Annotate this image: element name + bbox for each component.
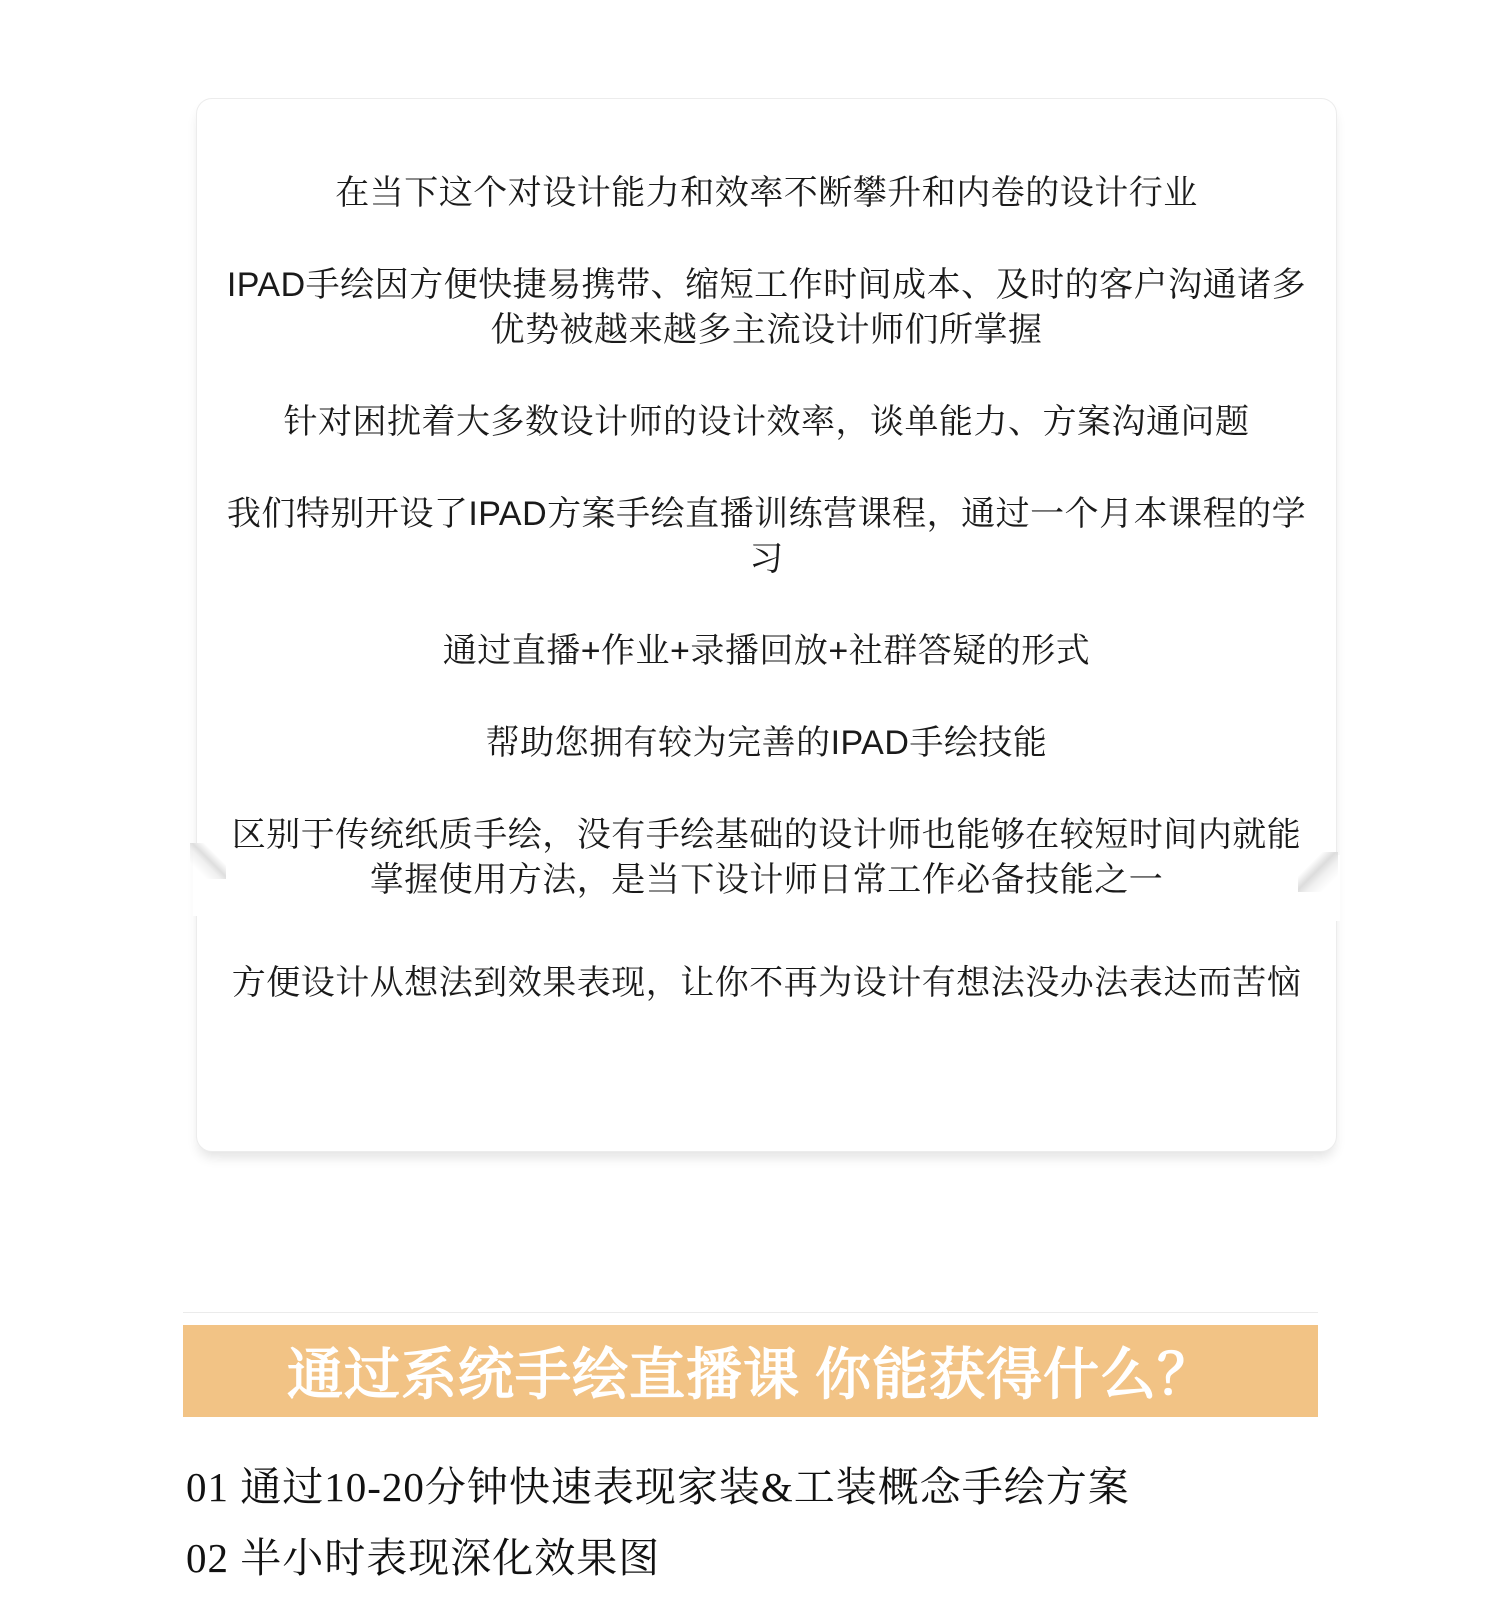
intro-paragraph: 通过直播+作业+录播回放+社群答疑的形式 [217, 629, 1316, 674]
page-fold-left-decoration [190, 843, 226, 879]
intro-paragraph: 方便设计从想法到效果表现，让你不再为设计有想法没办法表达而苦恼 [217, 961, 1316, 1006]
benefits-list: 01 通过10-20分钟快速表现家装&工装概念手绘方案 02 半小时表现深化效果… [186, 1452, 1386, 1594]
intro-paragraph: IPAD手绘因方便快捷易携带、缩短工作时间成本、及时的客户沟通诸多优势被越来越多… [217, 263, 1316, 353]
intro-paragraph: 我们特别开设了IPAD方案手绘直播训练营课程，通过一个月本课程的学习 [217, 492, 1316, 582]
page-root: 在当下这个对设计能力和效率不断攀升和内卷的设计行业 IPAD手绘因方便快捷易携带… [0, 0, 1492, 1600]
page-fold-right-decoration [1298, 852, 1338, 892]
section-divider-line [183, 1312, 1318, 1313]
benefit-item: 01 通过10-20分钟快速表现家装&工装概念手绘方案 [186, 1452, 1386, 1523]
section-banner: 通过系统手绘直播课 你能获得什么？ [183, 1325, 1318, 1417]
intro-paragraph: 针对困扰着大多数设计师的设计效率，谈单能力、方案沟通问题 [217, 400, 1316, 445]
intro-paragraph: 帮助您拥有较为完善的IPAD手绘技能 [217, 721, 1316, 766]
intro-paragraph: 在当下这个对设计能力和效率不断攀升和内卷的设计行业 [217, 171, 1316, 216]
benefit-item: 02 半小时表现深化效果图 [186, 1523, 1386, 1594]
intro-paragraph: 区别于传统纸质手绘，没有手绘基础的设计师也能够在较短时间内就能掌握使用方法，是当… [217, 813, 1316, 903]
intro-card: 在当下这个对设计能力和效率不断攀升和内卷的设计行业 IPAD手绘因方便快捷易携带… [196, 98, 1337, 1152]
section-banner-title: 通过系统手绘直播课 你能获得什么？ [287, 1331, 1214, 1411]
